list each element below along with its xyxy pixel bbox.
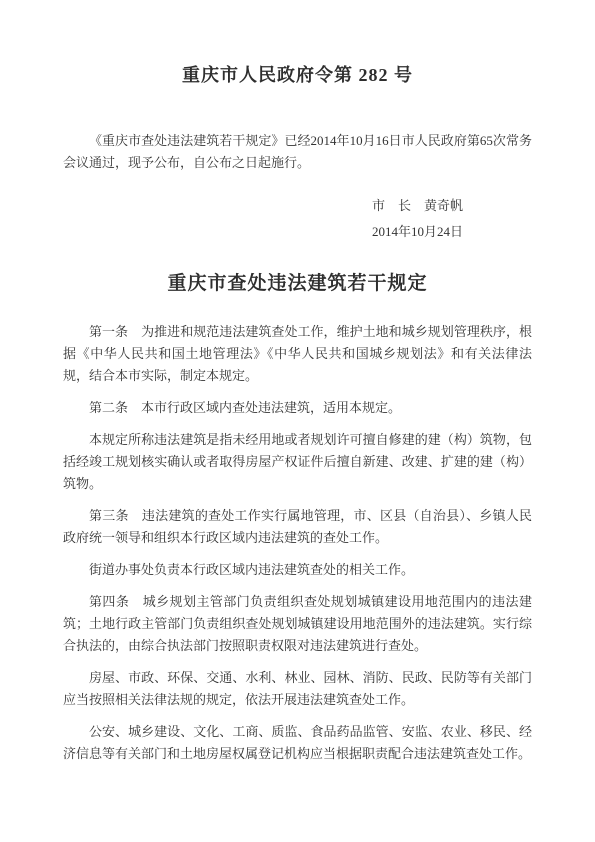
article-paragraph-1: 第一条 为推进和规范违法建筑查处工作，维护土地和城乡规划管理秩序，根据《中华人民… — [63, 321, 532, 387]
article-paragraph-4: 第三条 违法建筑的查处工作实行属地管理，市、区县（自治县）、乡镇人民政府统一领导… — [63, 505, 532, 549]
article-paragraph-7: 房屋、市政、环保、交通、水利、林业、园林、消防、民政、民防等有关部门应当按照相关… — [63, 667, 532, 711]
order-title: 重庆市人民政府令第 282 号 — [63, 63, 532, 88]
article-paragraph-2: 第二条 本市行政区域内查处违法建筑，适用本规定。 — [63, 397, 532, 419]
document-page: 重庆市人民政府令第 282 号 《重庆市查处违法建筑若干规定》已经2014年10… — [0, 0, 595, 842]
regulation-title: 重庆市查处违法建筑若干规定 — [63, 271, 532, 297]
article-paragraph-6: 第四条 城乡规划主管部门负责组织查处规划城镇建设用地范围内的违法建筑；土地行政主… — [63, 591, 532, 657]
signature-date: 2014年10月24日 — [63, 219, 463, 245]
promulgation-paragraph: 《重庆市查处违法建筑若干规定》已经2014年10月16日市人民政府第65次常务会… — [63, 130, 532, 174]
signature-block: 市 长 黄奇帆 2014年10月24日 — [63, 193, 463, 245]
article-paragraph-3: 本规定所称违法建筑是指未经用地或者规划许可擅自修建的建（构）筑物，包括经竣工规划… — [63, 429, 532, 495]
article-paragraph-5: 街道办事处负责本行政区域内违法建筑查处的相关工作。 — [63, 559, 532, 581]
signature-signer: 市 长 黄奇帆 — [63, 193, 463, 219]
article-paragraph-8: 公安、城乡建设、文化、工商、质监、食品药品监管、安监、农业、移民、经济信息等有关… — [63, 721, 532, 765]
